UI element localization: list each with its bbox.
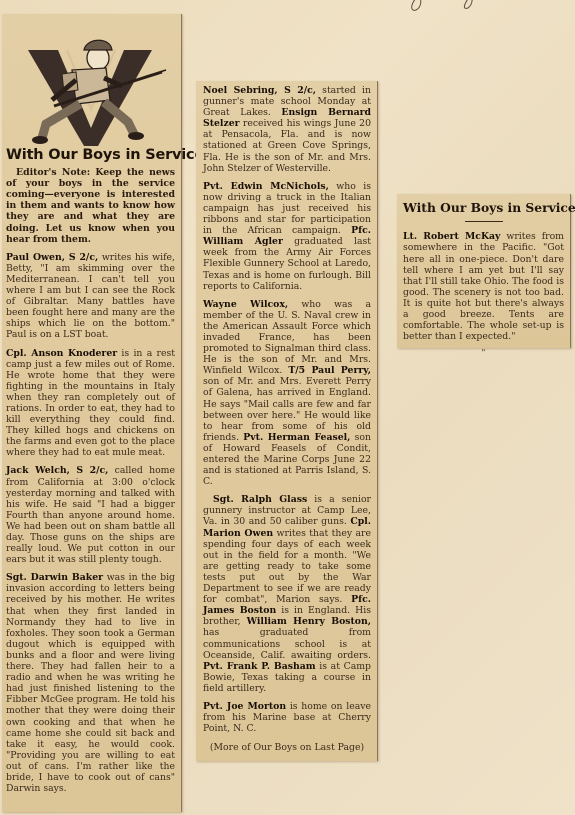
serviceman-name: Pvt. Joe Morton [203,701,286,712]
handwriting-scribble [330,0,560,18]
divider [465,221,503,222]
serviceman-name: Lt. Robert McKay [403,231,500,242]
headline: With Our Boys in Service [403,202,564,213]
serviceman-name: Pvt. Frank P. Basham [203,661,316,672]
v-soldier-logo [6,20,176,147]
news-item: Sgt. Darwin Baker was in the big invasio… [6,572,175,794]
news-paragraph: Sgt. Ralph Glass is a senior gunnery ins… [203,494,371,694]
end-mark: " [403,349,564,357]
clipping-left: With Our Boys in Service Editor's Note: … [2,14,182,812]
continued-note: (More of Our Boys on Last Page) [203,742,371,753]
serviceman-name: Sgt. Darwin Baker [6,572,103,583]
serviceman-name: Sgt. Ralph Glass [213,494,307,505]
news-item: Paul Owen, S 2/c, writes his wife, Betty… [6,252,175,341]
clipping-middle: Noel Sebring, S 2/c, started in gunner's… [196,81,378,761]
news-paragraph: Pvt. Joe Morton is home on leave from hi… [203,701,371,734]
serviceman-name: Jack Welch, S 2/c, [6,465,108,476]
news-paragraph: Noel Sebring, S 2/c, started in gunner's… [203,85,371,174]
clipping-right: With Our Boys in Service Lt. Robert McKa… [397,194,571,348]
news-item: Jack Welch, S 2/c, called home from Cali… [6,465,175,565]
editor-note: Editor's Note: Keep the news of your boy… [6,167,175,245]
running-soldier-with-rifle-icon [6,20,176,147]
news-item: Lt. Robert McKay writes from somewhere i… [403,231,564,342]
serviceman-name: Pvt. Edwin McNichols, [203,181,329,192]
serviceman-name: Paul Owen, S 2/c, [6,252,98,263]
news-item: Cpl. Anson Knoderer is in a rest camp ju… [6,348,175,459]
serviceman-name: Pvt. Herman Feasel, [243,432,350,443]
news-paragraph: Wayne Wilcox, who was a member of the U.… [203,299,371,488]
serviceman-name: William Henry Boston, [247,616,371,627]
serviceman-name: T/5 Paul Perry, [288,365,371,376]
serviceman-name: Noel Sebring, S 2/c, [203,85,316,96]
headline: With Our Boys in Service [6,150,175,161]
serviceman-name: Cpl. Anson Knoderer [6,348,117,359]
news-paragraph: Pvt. Edwin McNichols, who is now driving… [203,181,371,292]
serviceman-name: Wayne Wilcox, [203,299,288,310]
